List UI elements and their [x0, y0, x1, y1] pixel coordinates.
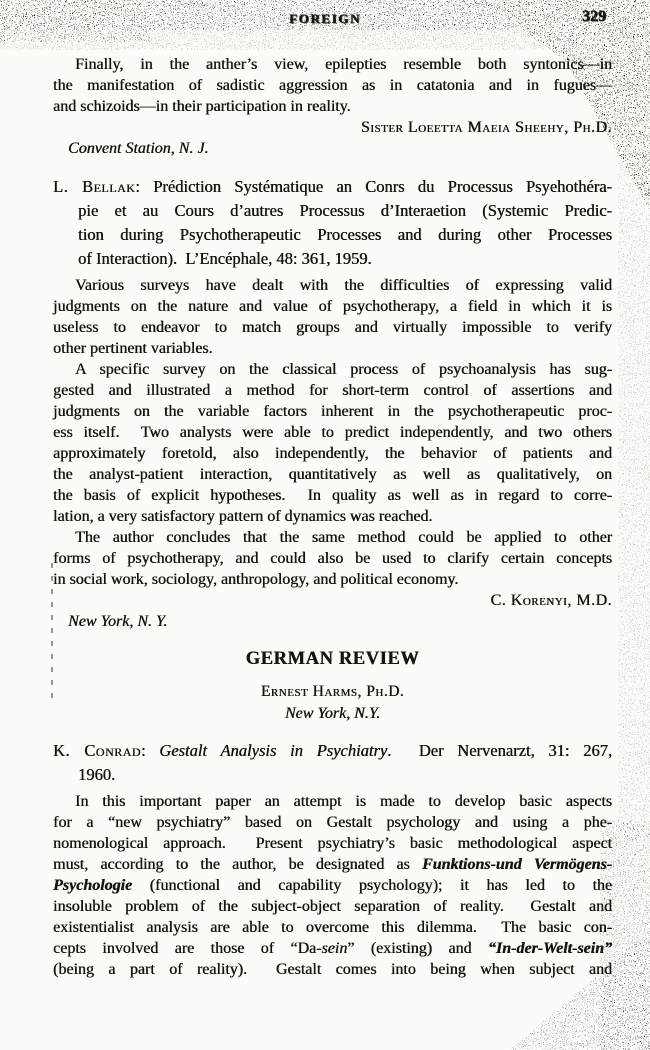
text-line: forms of psychotherapy, and could also b…	[53, 548, 612, 569]
text-line: the manifestation of sadistic aggression…	[53, 75, 612, 96]
text-segment: Convent Station, N. J.	[68, 140, 208, 157]
text-segment: In this important paper an attempt is ma…	[75, 793, 612, 810]
paragraph: Ernest Harms, Ph.D.	[53, 681, 612, 702]
text-line: judgments on the nature and value of psy…	[53, 296, 612, 317]
text-segment: Various surveys have dealt with the diff…	[75, 277, 612, 294]
text-line: Ernest Harms, Ph.D.	[53, 681, 612, 702]
text-line: gested and illustrated a method for shor…	[53, 380, 612, 401]
text-segment: New York, N.Y.	[285, 705, 380, 722]
text-segment: existentialist analysis are able to over…	[53, 919, 612, 936]
text-segment: . Der Nervenarzt, 31: 267,	[387, 741, 612, 760]
text-segment: Gestalt Analysis in Psychiatry	[159, 741, 387, 760]
text-segment: for a “new psychiatry” based on Gestalt …	[53, 814, 612, 831]
text-line: 1960.	[53, 763, 612, 787]
text-segment: nomenological approach. Present psychiat…	[53, 835, 612, 852]
text-line: in social work, sociology, anthropology,…	[53, 569, 612, 590]
text-line: judgments on the variable factors inhere…	[53, 401, 612, 422]
text-segment: :	[141, 741, 159, 760]
margin-line-artifact	[51, 563, 53, 703]
text-line: Finally, in the anther’s view, epileptie…	[53, 54, 612, 75]
text-line: C. Korenyi, M.D.	[53, 590, 612, 611]
text-line: tion during Psychotherapeutic Processes …	[53, 223, 612, 247]
text-line: must, according to the author, be design…	[53, 854, 612, 875]
text-line: useless to endeavor to match groups and …	[53, 317, 612, 338]
text-line: The author concludes that the same metho…	[53, 527, 612, 548]
review-location: New York, N. Y.	[53, 611, 612, 632]
text-line: the basis of explicit hypotheses. In qua…	[53, 485, 612, 506]
text-line: of Interaction). L’Encéphale, 48: 361, 1…	[53, 247, 612, 271]
text-segment: ess itself. Two analysts were able to pr…	[53, 424, 612, 441]
text-segment: Finally, in the anther’s view, epileptie…	[75, 56, 612, 73]
text-line: ess itself. Two analysts were able to pr…	[53, 422, 612, 443]
text-segment: the analyst-patient interaction, quantit…	[53, 466, 612, 483]
text-segment: the manifestation of sadistic aggression…	[53, 77, 612, 94]
text-segment: approximately foretold, also independent…	[53, 445, 612, 462]
text-segment: gested and illustrated a method for shor…	[53, 382, 612, 399]
text-segment: and schizoids—in their participation in …	[53, 98, 351, 115]
text-line: pie et au Cours d’autres Processus d’Int…	[53, 199, 612, 223]
paragraph: Finally, in the anther’s view, epileptie…	[53, 54, 612, 117]
text-line: cepts involved are those of “Da-sein” (e…	[53, 938, 612, 959]
text-line: Convent Station, N. J.	[53, 138, 612, 159]
text-line: New York, N.Y.	[53, 703, 612, 724]
page-scan: FOREIGN 329 Finally, in the anther’s vie…	[0, 0, 650, 1050]
text-segment: of Interaction). L’Encéphale, 48: 361, 1…	[78, 249, 372, 268]
text-segment: 1960.	[78, 765, 115, 784]
text-line: nomenological approach. Present psychiat…	[53, 833, 612, 854]
text-segment: (being a part of reality). Gestalt comes…	[53, 961, 612, 978]
text-segment: lation, a very satisfactory pattern of d…	[53, 508, 432, 525]
text-segment: Sister Loeetta Maeia Sheehy, Ph.D.	[361, 119, 612, 136]
text-line: A specific survey on the classical proce…	[53, 359, 612, 380]
text-segment: tion during Psychotherapeutic Processes …	[78, 225, 612, 244]
review-location: Convent Station, N. J.	[53, 138, 612, 159]
citation: L. Bellak: Prédiction Systématique an Co…	[53, 175, 612, 271]
text-segment: GERMAN REVIEW	[246, 649, 420, 669]
text-segment: New York, N. Y.	[68, 613, 167, 630]
text-segment: The author concludes that the same metho…	[75, 529, 612, 546]
text-segment: cepts involved are those of “Da-	[53, 940, 321, 957]
paragraph: Various surveys have dealt with the diff…	[53, 275, 612, 359]
paragraph: New York, N.Y.	[53, 703, 612, 724]
text-line: for a “new psychiatry” based on Gestalt …	[53, 812, 612, 833]
text-segment: other pertinent variables.	[53, 340, 213, 357]
text-line: the analyst-patient interaction, quantit…	[53, 464, 612, 485]
paragraph: The author concludes that the same metho…	[53, 527, 612, 590]
text-segment: forms of psychotherapy, and could also b…	[53, 550, 612, 567]
text-segment: Psychologie	[53, 877, 132, 894]
page-number: 329	[582, 8, 606, 26]
text-segment: “In-der-Welt-sein”	[488, 940, 612, 957]
paragraph: In this important paper an attempt is ma…	[53, 791, 612, 980]
text-line: K. Conrad: Gestalt Analysis in Psychiatr…	[53, 739, 612, 763]
text-segment: A specific survey on the classical proce…	[75, 361, 612, 378]
text-segment: pie et au Cours d’autres Processus d’Int…	[78, 201, 612, 220]
text-segment: Funktions-und Vermögens-	[422, 856, 612, 873]
text-segment: in social work, sociology, anthropology,…	[53, 571, 458, 588]
section-heading: GERMAN REVIEW	[53, 647, 612, 671]
paragraph: A specific survey on the classical proce…	[53, 359, 612, 527]
text-line: GERMAN REVIEW	[53, 647, 612, 671]
text-segment: (functional and capability psychology); …	[132, 877, 612, 894]
text-line: L. Bellak: Prédiction Systématique an Co…	[53, 175, 612, 199]
text-line: lation, a very satisfactory pattern of d…	[53, 506, 612, 527]
running-title: FOREIGN	[0, 11, 650, 27]
text-line: Various surveys have dealt with the diff…	[53, 275, 612, 296]
text-column: Finally, in the anther’s view, epileptie…	[53, 54, 612, 980]
review-signature: C. Korenyi, M.D.	[53, 590, 612, 611]
text-segment: judgments on the nature and value of psy…	[53, 298, 612, 315]
text-segment: Ernest Harms, Ph.D.	[261, 683, 404, 700]
text-line: other pertinent variables.	[53, 338, 612, 359]
text-segment: ” (existing) and	[347, 940, 488, 957]
text-line: Psychologie (functional and capability p…	[53, 875, 612, 896]
text-segment: insoluble problem of the subject-object …	[53, 898, 612, 915]
citation: K. Conrad: Gestalt Analysis in Psychiatr…	[53, 739, 612, 787]
text-segment: sein	[321, 940, 347, 957]
text-segment: useless to endeavor to match groups and …	[53, 319, 612, 336]
text-segment: L. Bellak	[53, 177, 135, 196]
text-segment: judgments on the variable factors inhere…	[53, 403, 612, 420]
text-line: (being a part of reality). Gestalt comes…	[53, 959, 612, 980]
text-segment: C. Korenyi, M.D.	[490, 592, 612, 609]
text-line: approximately foretold, also independent…	[53, 443, 612, 464]
text-segment: the basis of explicit hypotheses. In qua…	[53, 487, 612, 504]
text-line: existentialist analysis are able to over…	[53, 917, 612, 938]
text-line: Sister Loeetta Maeia Sheehy, Ph.D.	[53, 117, 612, 138]
text-line: New York, N. Y.	[53, 611, 612, 632]
text-line: In this important paper an attempt is ma…	[53, 791, 612, 812]
text-segment: must, according to the author, be design…	[53, 856, 422, 873]
text-segment: K. Conrad	[53, 741, 141, 760]
review-signature: Sister Loeetta Maeia Sheehy, Ph.D.	[53, 117, 612, 138]
text-line: insoluble problem of the subject-object …	[53, 896, 612, 917]
text-segment: : Prédiction Systématique an Conrs du Pr…	[135, 177, 612, 196]
text-line: and schizoids—in their participation in …	[53, 96, 612, 117]
